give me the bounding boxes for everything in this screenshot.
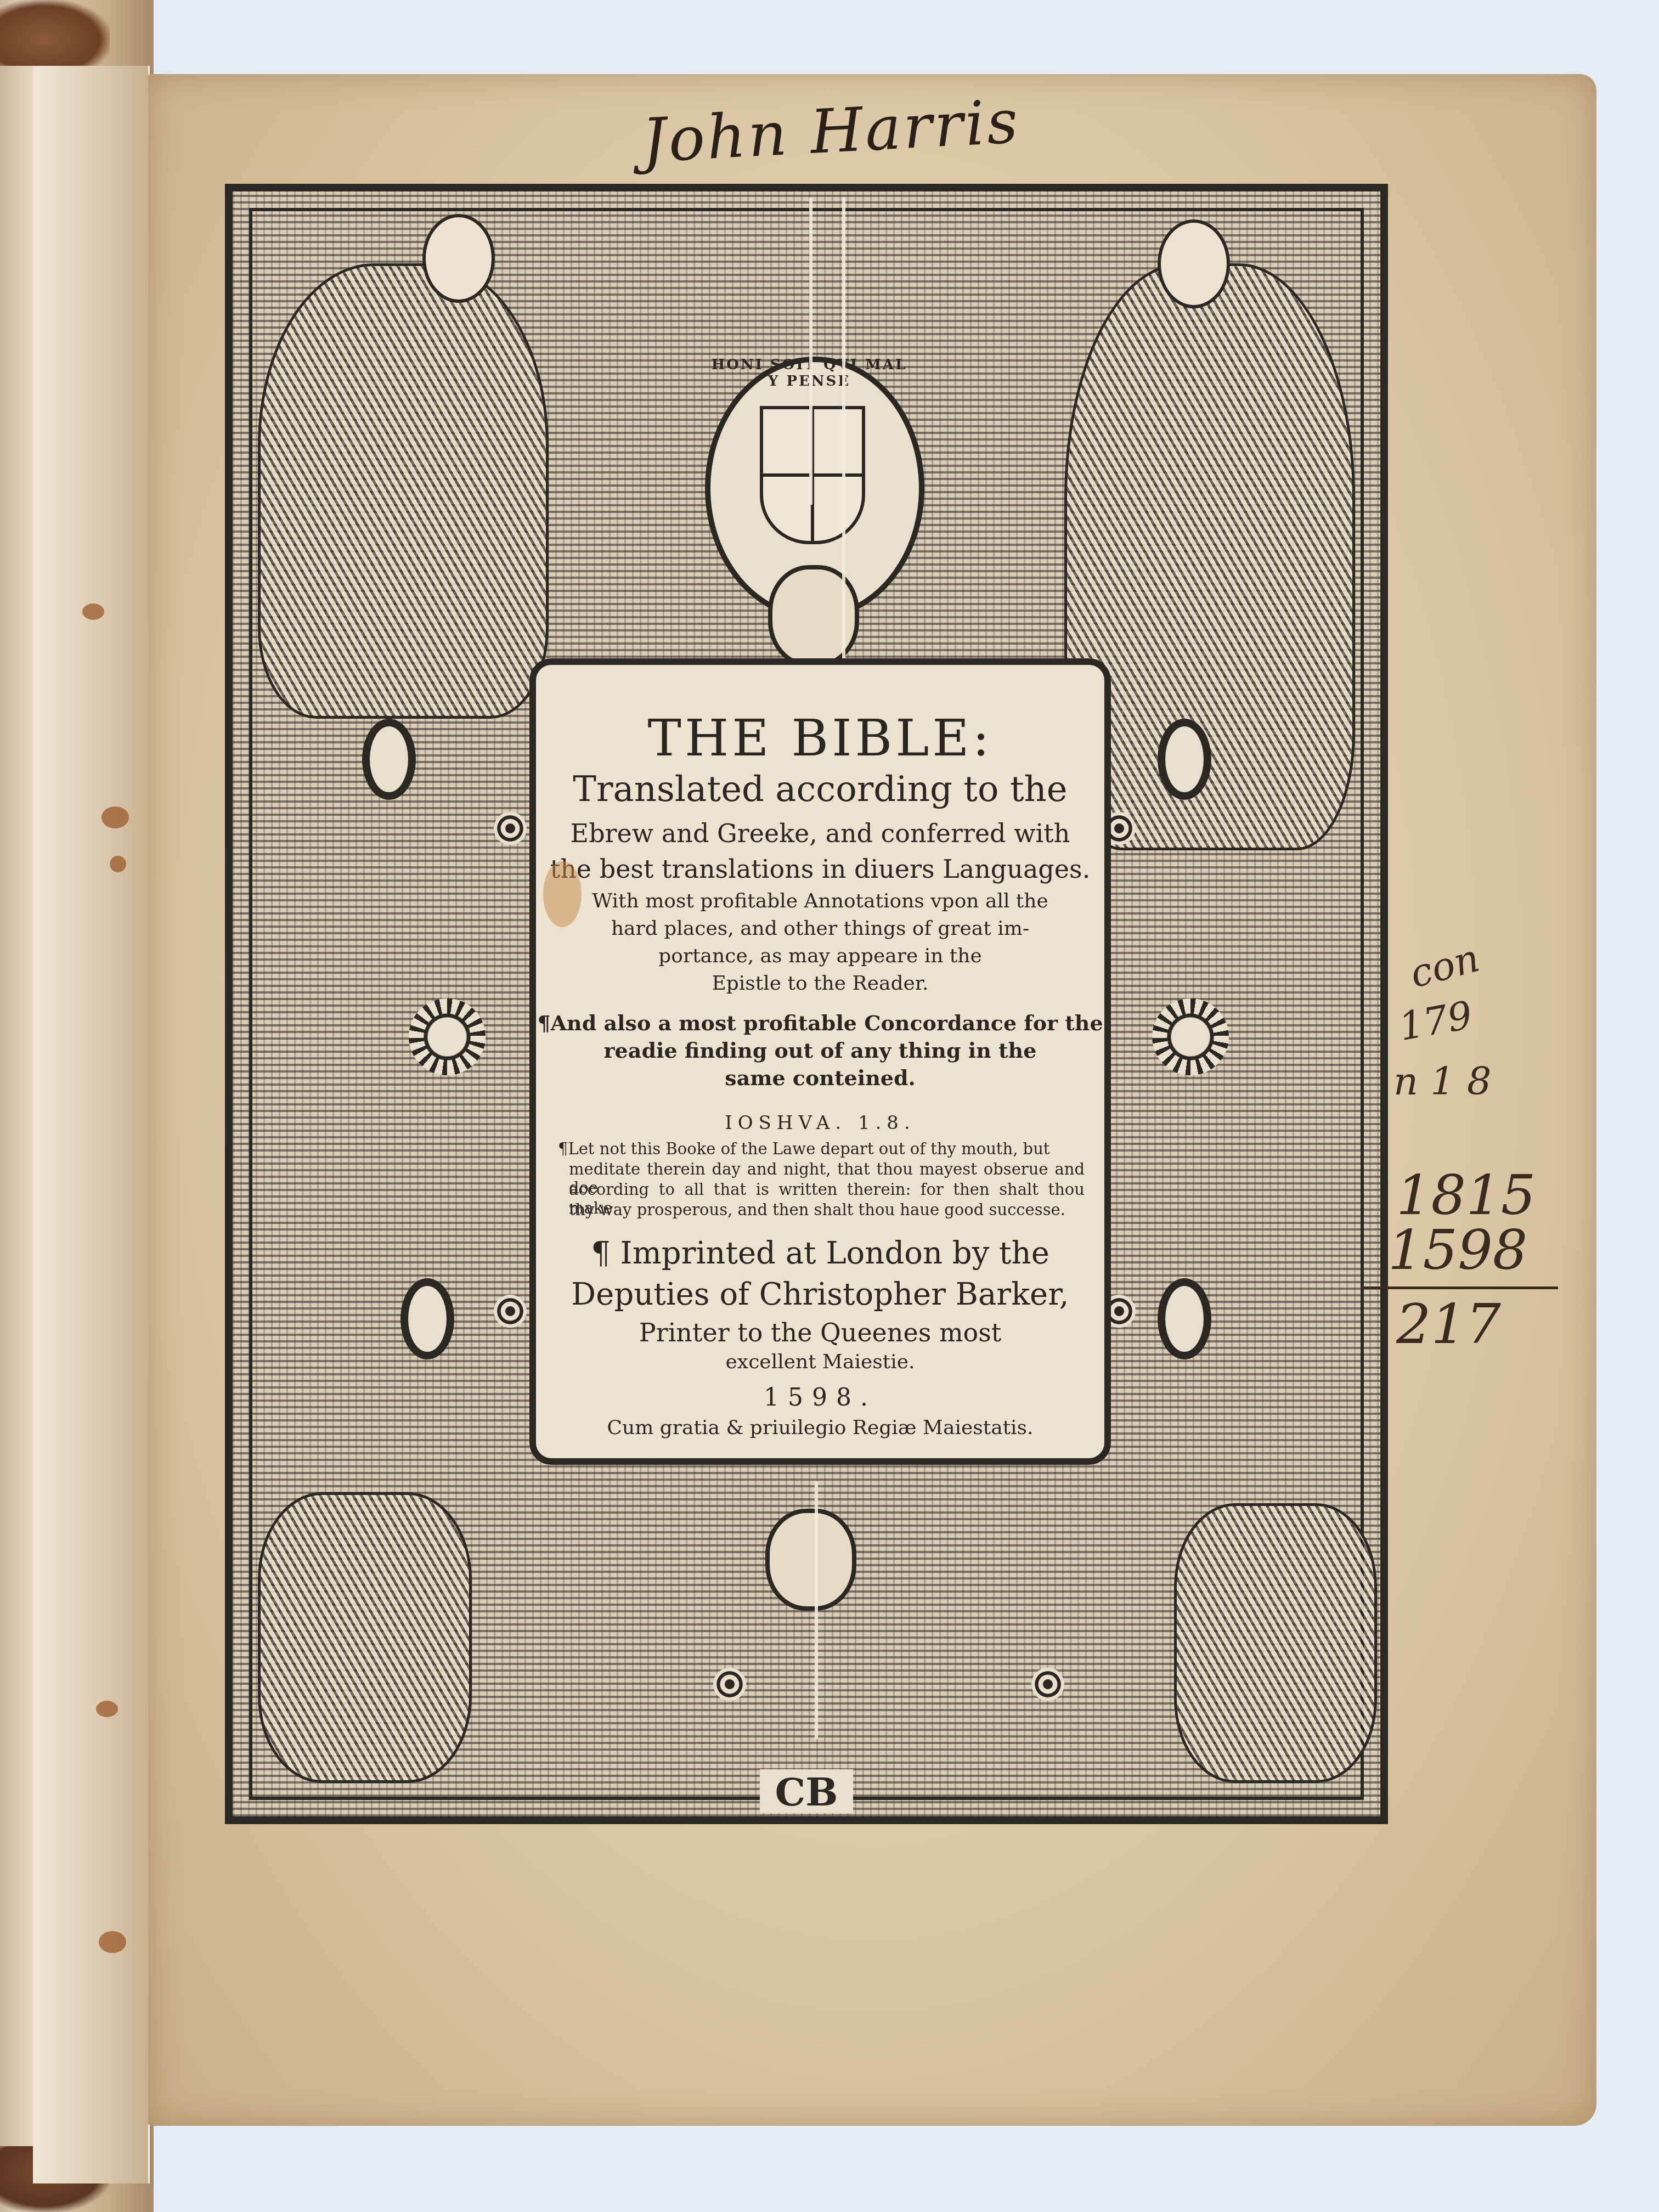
- concordance-line-3: same conteined.: [536, 1065, 1104, 1090]
- verse-line-4: thy way prosperous, and then shalt thou …: [569, 1200, 1085, 1219]
- verse-line-1: ¶Let not this Booke of the Lawe depart o…: [558, 1139, 1085, 1158]
- dragon-supporter: [1174, 1503, 1377, 1783]
- paper-fold-line: [809, 198, 812, 505]
- foxing-spot: [99, 1931, 126, 1953]
- spine-leather-top: [0, 0, 110, 66]
- printer-monogram: CB: [760, 1769, 853, 1813]
- imprint-line-4: excellent Maiestie.: [536, 1351, 1104, 1373]
- left-figure-head: [422, 214, 495, 303]
- foxing-spot: [82, 603, 104, 620]
- flyleaf-edge: [33, 66, 150, 2183]
- title-cartouche: THE BIBLE: Translated according to the E…: [529, 658, 1111, 1465]
- rosette-icon: [713, 1668, 746, 1701]
- concordance-line-2: readie finding out of any thing in the: [536, 1038, 1104, 1063]
- rosette-icon: [1031, 1668, 1064, 1701]
- bottom-lion-mask-ornament: [765, 1509, 856, 1611]
- calc-underline: [1361, 1286, 1558, 1289]
- right-oval-ornament: [1158, 719, 1211, 800]
- calc-result-217: 217: [1396, 1292, 1501, 1356]
- right-lower-oval-ornament: [1158, 1278, 1211, 1359]
- left-lower-oval-ornament: [400, 1278, 454, 1359]
- paper-fold-line: [815, 1481, 818, 1739]
- right-sun-face-ornament: [1152, 998, 1229, 1075]
- annotation-line-3: portance, as may appeare in the: [536, 945, 1104, 967]
- lion-supporter: [258, 1492, 472, 1783]
- book-title: THE BIBLE:: [536, 709, 1104, 768]
- concordance-line-1: ¶And also a most profitable Concordance …: [536, 1011, 1104, 1035]
- royal-shield-icon: [760, 406, 865, 544]
- top-mask-ornament: [768, 565, 859, 667]
- annotation-line-4: Epistle to the Reader.: [536, 972, 1104, 995]
- royal-privilege: Cum gratia & priuilegio Regiæ Maiestatis…: [536, 1417, 1104, 1439]
- annotation-line-1: With most profitable Annotations vpon al…: [536, 890, 1104, 912]
- foxing-spot: [110, 856, 126, 872]
- foxing-spot: [96, 1701, 118, 1717]
- subtitle-line-2: Ebrew and Greeke, and conferred with: [536, 819, 1104, 848]
- right-figure-head: [1158, 219, 1230, 308]
- rosette-icon: [494, 1295, 527, 1328]
- margin-note-n: n 1 8: [1393, 1059, 1492, 1104]
- foxing-spot: [101, 806, 129, 828]
- water-stain: [543, 861, 582, 927]
- calc-1598: 1598: [1388, 1218, 1528, 1282]
- rosette-icon: [494, 812, 527, 845]
- subtitle-line-1: Translated according to the: [536, 769, 1104, 810]
- subtitle-line-3: the best translations in diuers Language…: [536, 854, 1104, 884]
- publication-year: 1598.: [536, 1384, 1104, 1412]
- imprint-line-1: ¶ Imprinted at London by the: [536, 1235, 1104, 1271]
- left-sun-face-ornament: [409, 998, 486, 1075]
- annotation-line-2: hard places, and other things of great i…: [536, 917, 1104, 940]
- left-oval-ornament: [362, 719, 416, 800]
- scripture-reference: IOSHVA. 1.8.: [536, 1112, 1104, 1134]
- left-allegorical-figure: [258, 263, 549, 719]
- imprint-line-2: Deputies of Christopher Barker,: [536, 1277, 1104, 1312]
- imprint-line-3: Printer to the Queenes most: [536, 1318, 1104, 1347]
